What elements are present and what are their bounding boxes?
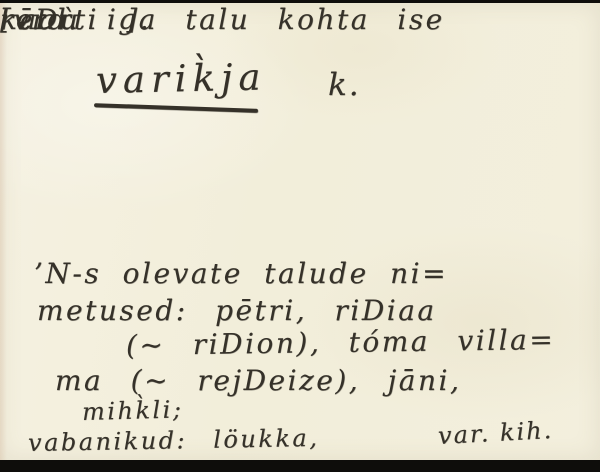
- scan-background: varik̀ja k. ’N-s olevate talude ni= metu…: [0, 0, 600, 472]
- handwritten-line-5: mihk̀li;: [82, 395, 184, 426]
- card-title-headword: varik̀ja: [96, 55, 267, 102]
- handwritten-line-4: ma (~ rejDeize), jāni,: [55, 364, 461, 397]
- parish-abbreviation: var. kih.: [437, 416, 554, 450]
- index-card: varik̀ja k. ’N-s olevate talude ni= metu…: [0, 3, 600, 460]
- handwritten-line-2: metused: pētri, riDiaa: [37, 294, 437, 327]
- handwritten-line-1: ’N-s olevate talude ni=: [34, 257, 448, 290]
- handwritten-line-3: (~ riDion), tóma villa=: [126, 323, 556, 362]
- handwritten-line-9: kaarti ].: [0, 3, 151, 36]
- card-title-suffix: k.: [328, 67, 361, 103]
- handwritten-line-6: vabanikud: löukka,: [28, 424, 320, 457]
- title-underline: [94, 103, 258, 113]
